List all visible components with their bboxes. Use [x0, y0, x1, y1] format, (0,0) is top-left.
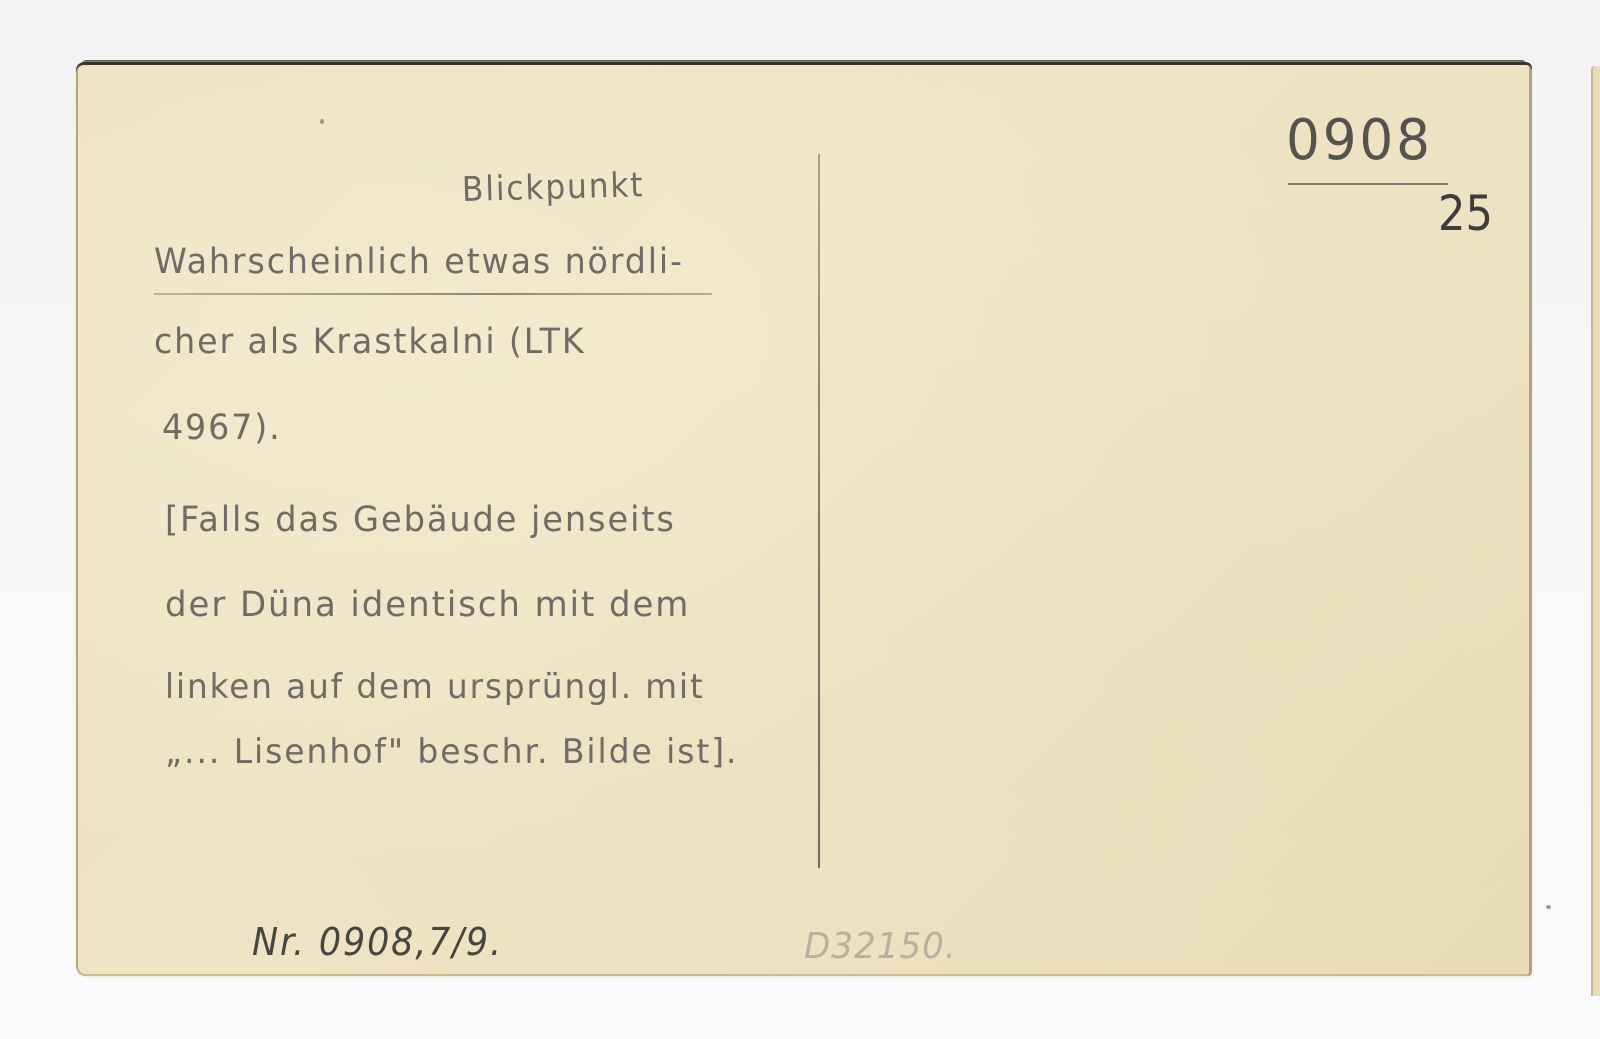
- reference-underline: [1288, 183, 1448, 185]
- note-heading: Blickpunkt: [461, 165, 644, 210]
- note-line: „... Lisenhof" beschr. Bilde ist].: [165, 732, 738, 772]
- watermark: zeitpunkt.nrw: [1380, 986, 1517, 1007]
- stamp-number: D32150.: [804, 926, 957, 967]
- reference-sub-number: 25: [1438, 186, 1493, 242]
- paper-speck: [1546, 905, 1551, 909]
- note-line: der Düna identisch mit dem: [165, 585, 690, 625]
- note-line: 4967).: [162, 408, 282, 448]
- note-line: Wahrscheinlich etwas nördli-: [154, 242, 684, 282]
- inventory-number: Nr. 0908,7/9.: [252, 920, 503, 964]
- address-divider-line: [818, 154, 820, 868]
- note-line: cher als Krastkalni (LTK: [154, 322, 586, 362]
- note-line: linken auf dem ursprüngl. mit: [165, 667, 705, 707]
- note-line: [Falls das Gebäude jenseits: [165, 500, 676, 540]
- reference-number: 0908: [1286, 108, 1433, 173]
- adjacent-card-edge: [1591, 66, 1600, 996]
- note-underline: [154, 293, 712, 295]
- paper-speck: [320, 119, 324, 124]
